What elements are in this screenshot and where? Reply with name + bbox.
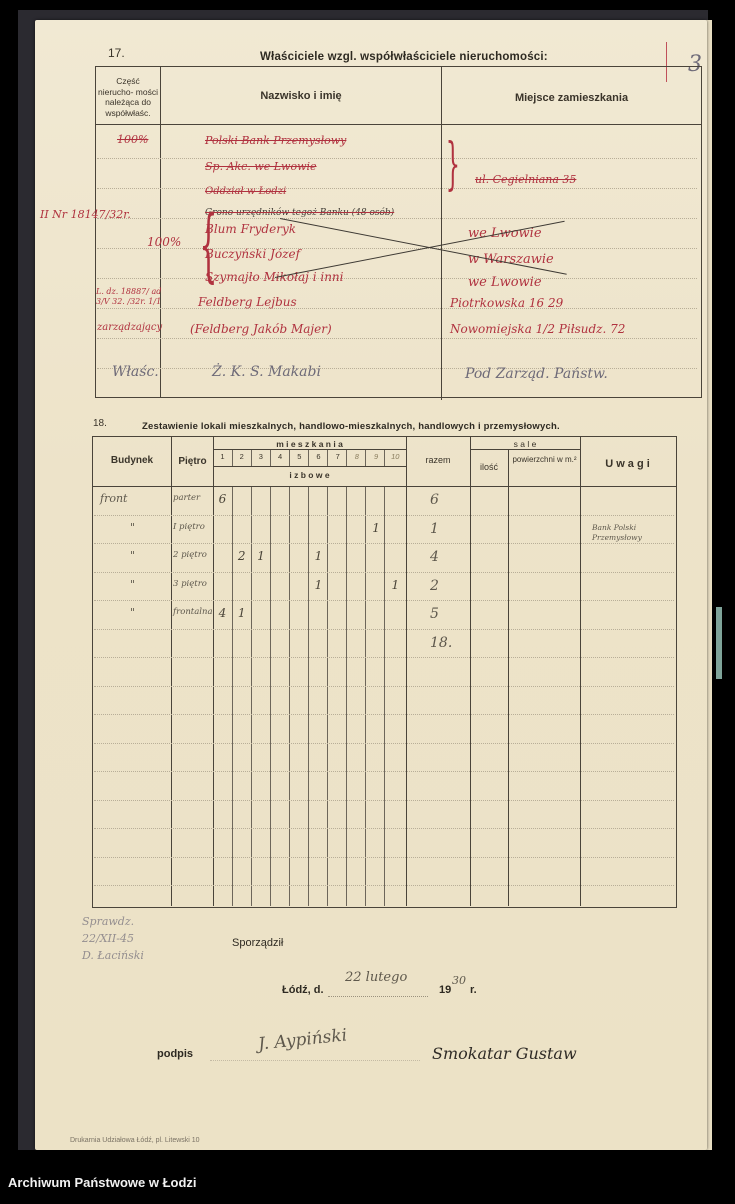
ruled-line (94, 600, 674, 601)
room-count-header: 8 (347, 452, 366, 461)
date-value: 22 lutego (345, 970, 407, 985)
owner-name: Feldberg Lejbus (198, 295, 297, 309)
owner-name: (Feldberg Jakób Majer) (190, 322, 332, 336)
ruled-line (97, 278, 697, 279)
ruled-line (94, 515, 674, 516)
section-18-number: 18. (93, 418, 107, 429)
owner-name: Blum Fryderyk (205, 222, 296, 236)
section-17-number: 17. (108, 46, 125, 60)
owner-name: Polski Bank Przemysłowy (205, 134, 346, 147)
date-line (328, 996, 428, 997)
cell-total: 18. (430, 635, 452, 651)
header-hall-area: powierzchni w m.² (509, 455, 580, 465)
header-hall-count: ilość (470, 462, 508, 473)
col-divider (171, 436, 172, 906)
header-rooms: i z b o w e (213, 470, 406, 481)
ruled-line (97, 218, 697, 219)
header-bottom (92, 486, 677, 487)
pencil-note-line: D. Łaciński (82, 947, 182, 964)
pencil-note-line: Sprawdz. (82, 913, 182, 930)
owner-name: Sp. Akc. we Lwowie (205, 160, 317, 173)
ruled-line (94, 572, 674, 573)
room-count-header: 10 (386, 452, 405, 461)
header-total: razem (406, 455, 470, 466)
header-halls: s a l e (470, 439, 580, 450)
owner-residence: w Warszawie (468, 252, 554, 267)
year-prefix: 19 (439, 984, 451, 996)
header-divider (213, 466, 406, 467)
owner-name: Grono urzędników tegoż Banku (48 osób) (205, 208, 394, 218)
owner-name: Ż. K. S. Makabi (212, 364, 321, 380)
cell-building: front (100, 492, 127, 505)
owner-name: Oddział w Łodzi (205, 186, 286, 197)
archive-caption: Archiwum Państwowe w Łodzi (8, 1175, 197, 1190)
cell-total: 5 (430, 606, 439, 622)
owner-share: zarządzający (97, 322, 162, 333)
room-count-header: 9 (367, 452, 386, 461)
section-17-title: Właściciele wzgl. współwłaściciele nieru… (260, 51, 548, 63)
room-count-header: 5 (290, 452, 309, 461)
section-18-title: Zestawienie lokali mieszkalnych, handlow… (142, 421, 560, 432)
owner-residence: ul. Cegielniana 35 (475, 173, 576, 186)
cell-room-count: 1 (309, 578, 328, 592)
cell-room-count: 6 (213, 492, 232, 506)
cell-room-count: 1 (386, 578, 405, 592)
printer-imprint: Drukarnia Udziałowa Łódź, pl. Litewski 1… (70, 1137, 200, 1144)
pencil-note-line: 22/XII-45 (82, 930, 182, 947)
col-divider (508, 450, 509, 906)
ruled-line (97, 188, 697, 189)
cell-floor: 2 piętro (173, 550, 207, 560)
cell-room-count: 1 (367, 521, 386, 535)
ruled-line (94, 686, 674, 687)
ruled-line (94, 543, 674, 544)
owner-residence: Piotrkowska 16 29 (450, 296, 563, 310)
room-col-divider (346, 486, 347, 906)
ruled-line (94, 657, 674, 658)
index-tab (716, 607, 722, 679)
header-building: Budynek (93, 455, 171, 468)
owners-header-name: Nazwisko i imię (162, 90, 440, 104)
owners-table (95, 66, 702, 398)
cell-total: 2 (430, 578, 439, 594)
owners-header-divider (95, 124, 702, 125)
signature-2: Smokatar Gustaw (432, 1044, 577, 1063)
ruled-line (94, 714, 674, 715)
owner-residence: we Lwowie (468, 275, 542, 290)
col-divider (406, 436, 407, 906)
ruled-line (97, 248, 697, 249)
margin-note-register: II Nr 18147/32r. (40, 208, 131, 221)
margin-note-reference: L. dz. 18887/ ad 3/V 32. /32r. 1/1 (96, 287, 166, 308)
cell-total: 4 (430, 549, 439, 565)
room-col-divider (289, 486, 290, 906)
owner-residence: Pod Zarząd. Państw. (465, 366, 608, 382)
cell-room-count: 1 (309, 549, 328, 563)
ruled-line (94, 743, 674, 744)
ruled-line (94, 828, 674, 829)
ruled-line (94, 629, 674, 630)
cell-building: " (130, 606, 135, 619)
ruled-line (94, 857, 674, 858)
owners-col-divider (441, 66, 442, 400)
cell-total: 1 (430, 521, 439, 537)
cell-room-count: 2 (232, 549, 251, 563)
owner-share: Właśc. (112, 364, 159, 380)
year-suffix: 30 (452, 974, 466, 987)
signature-line (210, 1060, 420, 1061)
owner-share: 100% (117, 133, 148, 146)
signature-label: podpis (157, 1048, 193, 1060)
room-count-header: 6 (309, 452, 328, 461)
owners-col-divider (160, 66, 161, 398)
brace-bracket: } (446, 132, 460, 197)
room-count-header: 4 (271, 452, 290, 461)
owner-share: 100% (147, 235, 181, 249)
room-count-header: 1 (213, 452, 232, 461)
room-count-header: 7 (328, 452, 347, 461)
ruled-line (97, 158, 697, 159)
room-count-header: 2 (232, 452, 251, 461)
owner-residence: Nowomiejska 1/2 Piłsudz. 72 (450, 322, 625, 336)
room-col-divider (384, 486, 385, 906)
ruled-line (97, 338, 697, 339)
owner-name: Buczyński Józef (205, 247, 300, 261)
owners-header-residence: Miejsce zamieszkania (443, 92, 700, 106)
header-apartments: m i e s z k a n i a (213, 439, 406, 450)
cell-building: " (130, 578, 135, 591)
col-divider (470, 436, 471, 906)
owners-header-share: Część nierucho- mości należąca do współw… (98, 76, 158, 119)
col-divider (213, 436, 214, 906)
ruled-line (97, 308, 697, 309)
col-divider (580, 436, 581, 906)
place-date-label: Łódź, d. (282, 984, 324, 996)
cell-notes: Bank Polski Przemysłowy (592, 523, 662, 544)
cell-building: " (130, 549, 135, 562)
cell-floor: I piętro (173, 522, 205, 532)
year-r: r. (470, 984, 477, 996)
cell-floor: 3 piętro (173, 579, 207, 589)
header-floor: Piętro (172, 456, 213, 469)
cell-room-count: 1 (251, 549, 270, 563)
pencil-verification-note: Sprawdz. 22/XII-45 D. Łaciński (82, 913, 182, 964)
cell-room-count: 1 (232, 606, 251, 620)
room-col-divider (365, 486, 366, 906)
ruled-line (94, 885, 674, 886)
cell-floor: frontalna (173, 607, 213, 617)
cell-floor: parter (173, 493, 200, 503)
header-notes: U w a g i (580, 458, 675, 472)
cell-total: 6 (430, 492, 439, 508)
cell-building: " (130, 521, 135, 534)
cell-room-count: 4 (213, 606, 232, 620)
room-count-header: 3 (251, 452, 270, 461)
ruled-line (94, 771, 674, 772)
ruled-line (94, 800, 674, 801)
prepared-by-label: Sporządził (232, 937, 283, 949)
